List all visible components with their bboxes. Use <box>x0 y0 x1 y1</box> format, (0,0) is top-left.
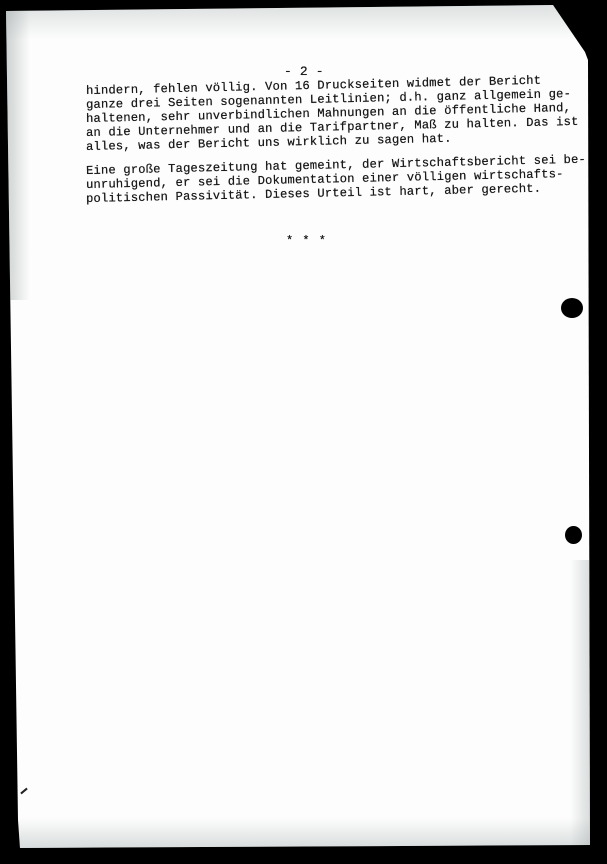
scan-noise-top <box>0 0 607 40</box>
scanned-page: - 2 - hindern, fehlen völlig. Von 16 Dru… <box>0 0 607 864</box>
section-separator: * * * <box>286 234 327 248</box>
scan-noise-left <box>0 0 30 300</box>
page-number: - 2 - <box>284 64 324 79</box>
scan-mark <box>20 788 27 795</box>
scan-noise-right <box>570 560 590 850</box>
scan-noise-bottom <box>0 818 607 848</box>
punch-hole-icon <box>565 526 582 544</box>
punch-hole-icon <box>561 298 583 318</box>
